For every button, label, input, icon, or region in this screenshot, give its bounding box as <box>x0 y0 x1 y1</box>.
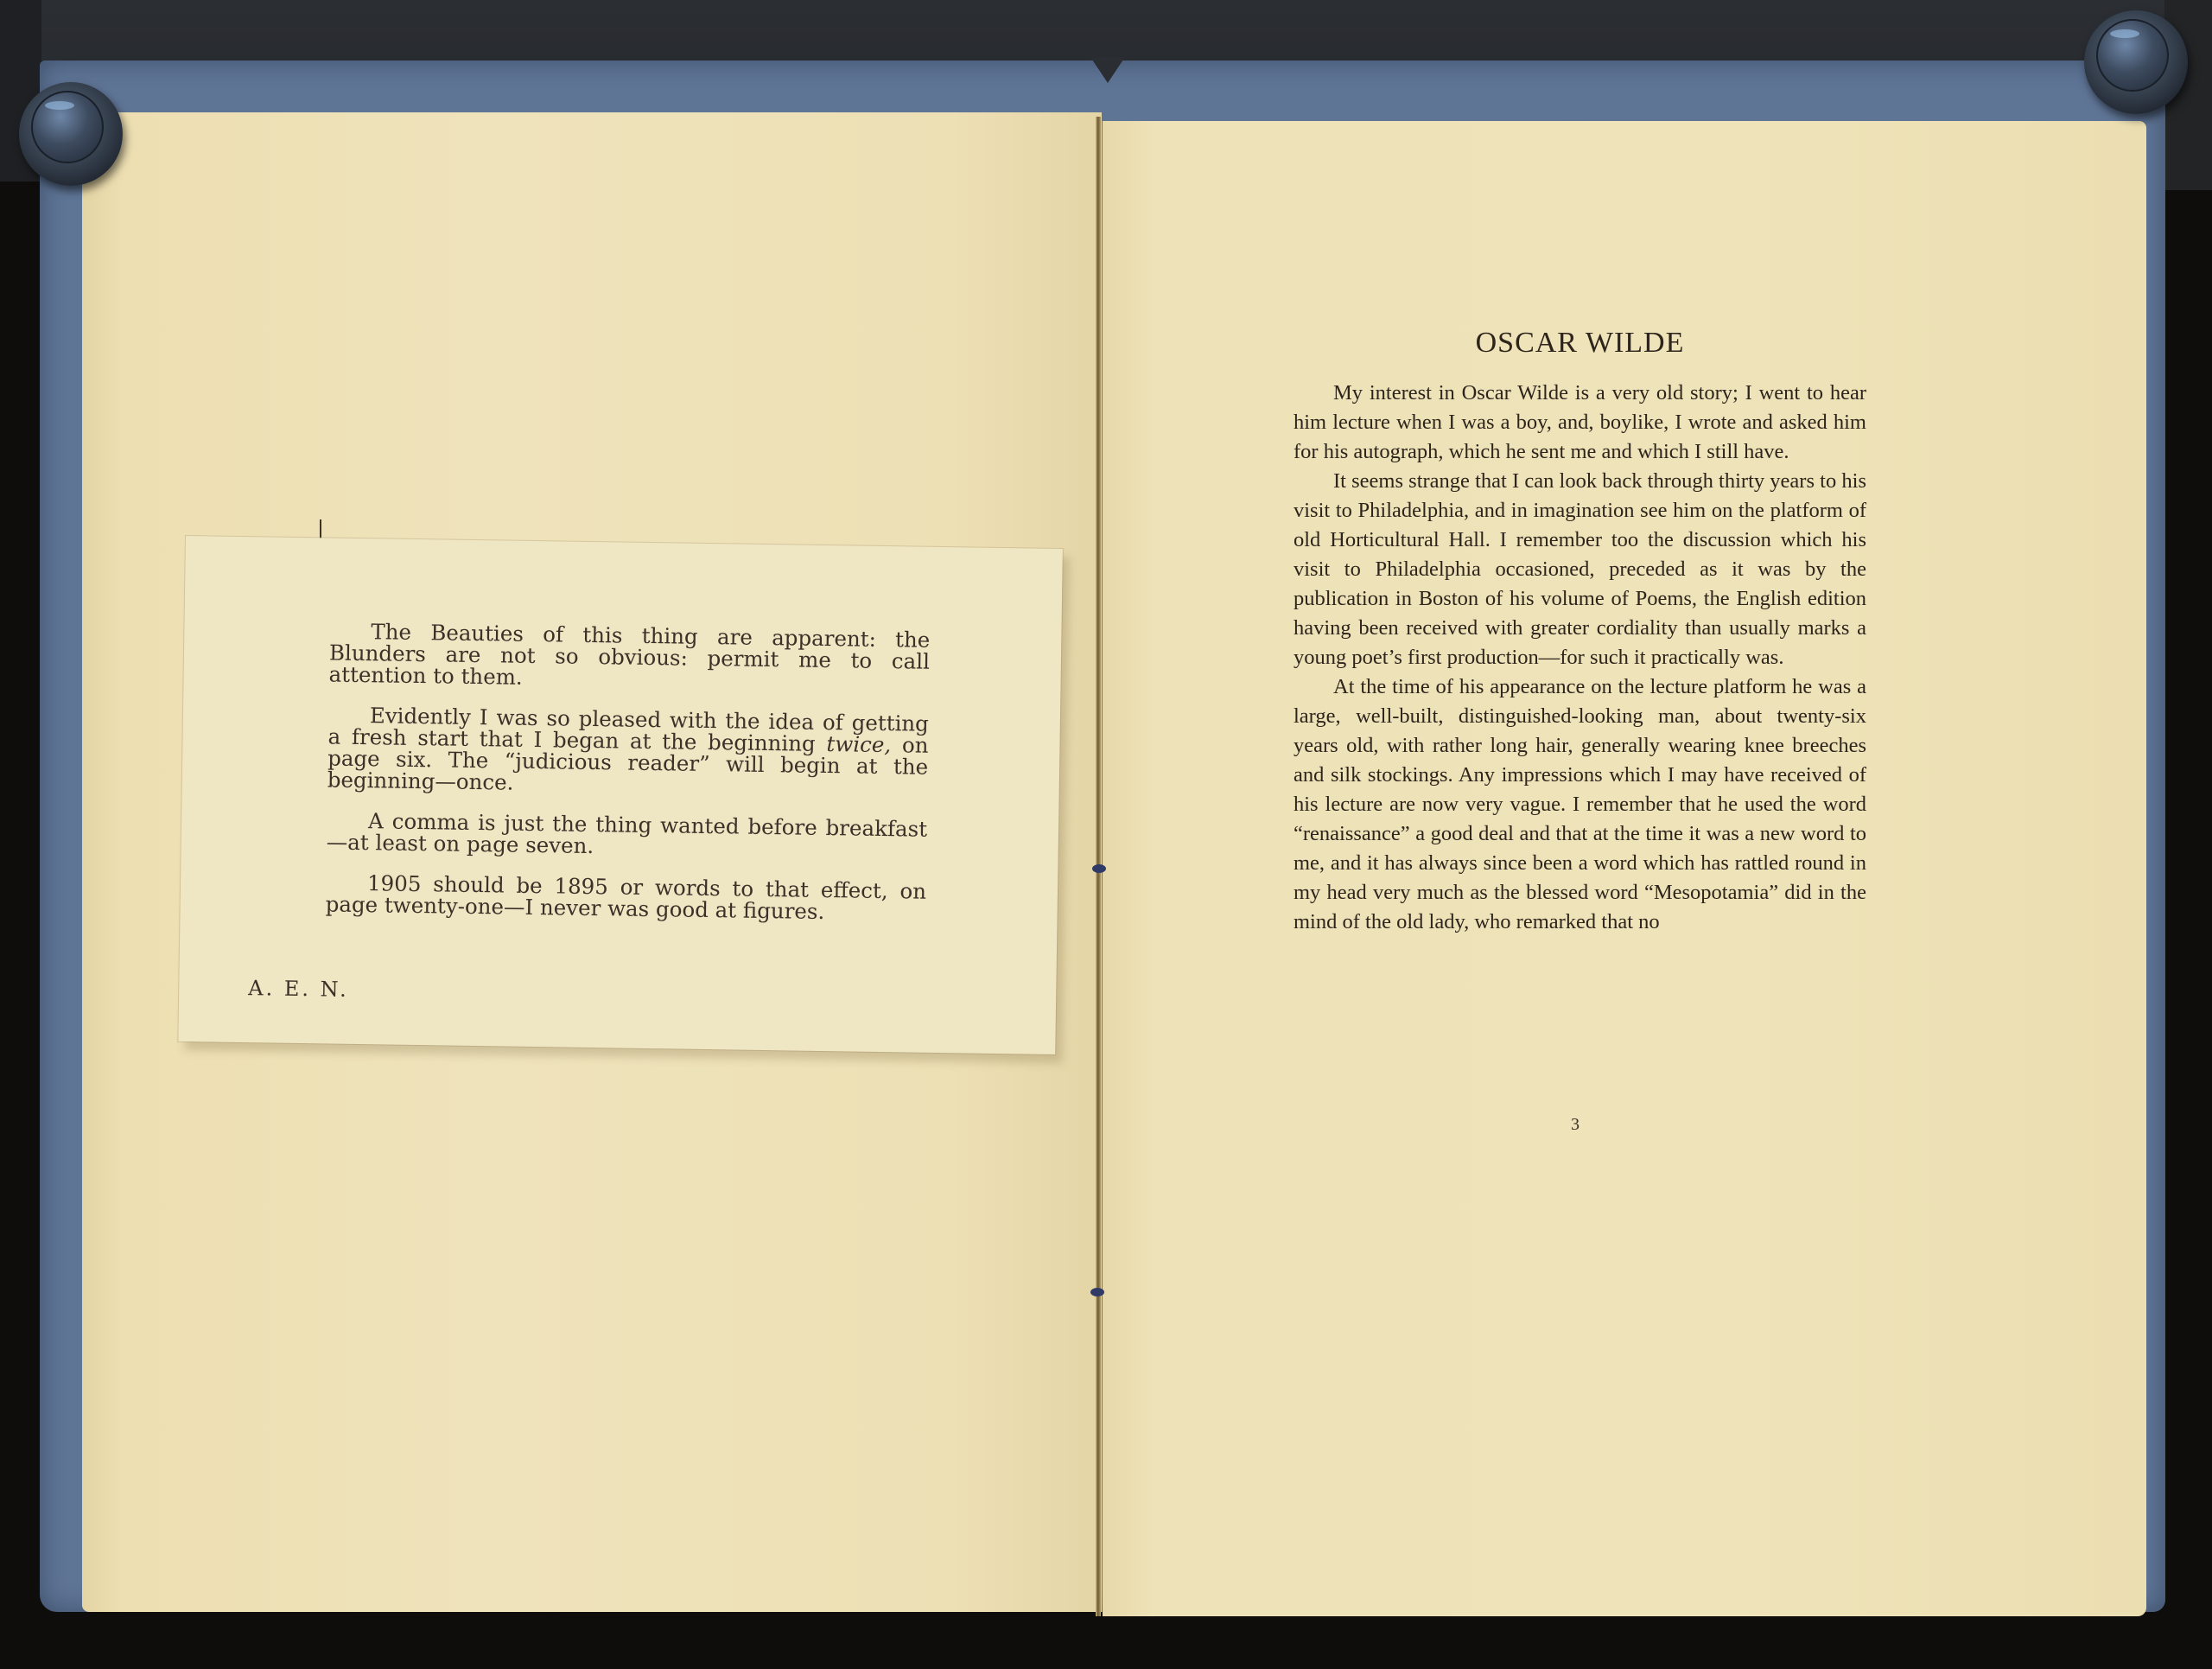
body-paragraph: It seems strange that I can look back th… <box>1294 467 1866 672</box>
card-paragraph: A comma is just the thing wanted before … <box>327 809 928 861</box>
chapter-title: OSCAR WILDE <box>1294 327 1866 360</box>
card-text-block: The Beauties of this thing are apparent:… <box>325 620 930 942</box>
page-number: 3 <box>1571 1115 1580 1135</box>
pushpin-icon <box>2084 10 2188 114</box>
card-signature: A. E. N. <box>248 976 349 1002</box>
card-paragraph: Evidently I was so pleased with the idea… <box>327 704 929 799</box>
pushpin-icon <box>19 82 123 186</box>
card-paragraph: The Beauties of this thing are apparent:… <box>328 620 930 693</box>
right-page-text-block: OSCAR WILDE My interest in Oscar Wilde i… <box>1294 327 1866 937</box>
body-paragraph: My interest in Oscar Wilde is a very old… <box>1294 379 1866 467</box>
staple-hole-icon <box>1090 1288 1104 1296</box>
card-paragraph: 1905 should be 1895 or words to that eff… <box>326 871 927 923</box>
staple-hole-icon <box>1092 864 1106 873</box>
body-paragraph: At the time of his appearance on the lec… <box>1294 672 1866 937</box>
errata-insert-card: The Beauties of this thing are apparent:… <box>178 536 1063 1054</box>
